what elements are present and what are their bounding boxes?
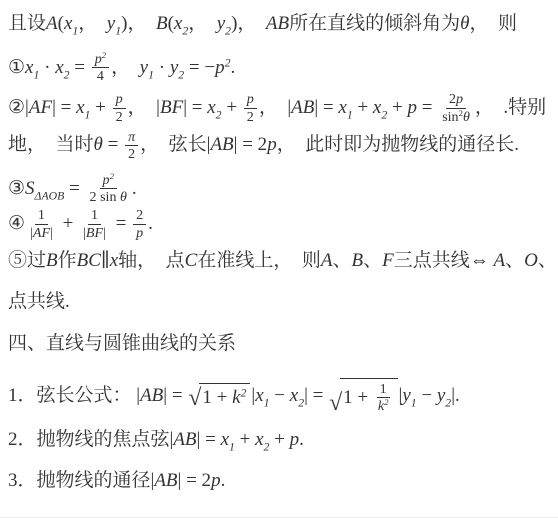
text-run: sin2: [442, 109, 463, 125]
text-run: 4: [97, 68, 104, 84]
text-run: =: [64, 177, 84, 201]
math-fraction: p22 sin θ: [87, 172, 130, 205]
formula-line: 且设A(x1， y1)， B(x2， y2)， AB所在直线的倾斜角为θ， 则: [8, 12, 552, 36]
math-variable: A: [493, 249, 505, 273]
math-variable: p: [211, 469, 221, 493]
math-variable: π: [128, 129, 135, 145]
fraction-denominator: 4: [94, 68, 107, 84]
text-run: 作: [58, 249, 77, 273]
text-run: 且设: [8, 12, 46, 36]
math-variable: SΔAOB: [25, 177, 64, 201]
text-run: ，: [188, 12, 217, 36]
text-run: +: [58, 212, 78, 236]
fraction-numerator: p2: [100, 172, 117, 189]
text-run: =: [111, 212, 131, 236]
math-variable: y2: [217, 12, 231, 36]
math-square-root: √1 + 1k2: [329, 378, 397, 414]
text-run: | =: [314, 96, 338, 120]
math-variable: AF: [33, 225, 50, 241]
math-variable: θ: [94, 133, 103, 157]
math-variable: x2: [55, 56, 69, 80]
text-run: 三点共线⇔: [394, 249, 494, 273]
math-variable: x2: [174, 12, 188, 36]
text-run: ， |: [259, 96, 291, 120]
text-run: = −: [184, 56, 215, 80]
text-run: )，: [231, 12, 266, 36]
formula-line: 点共线.: [8, 290, 552, 314]
text-run: 2 sin: [90, 189, 120, 205]
fraction-denominator: |BF|: [80, 225, 109, 241]
text-run: 2．抛物线的焦点弦|: [8, 428, 173, 452]
text-run: 轴， 点: [118, 249, 185, 273]
math-variable: AB: [210, 133, 233, 157]
formula-line: ④1|AF| + 1|BF| = 2p.: [8, 207, 552, 240]
math-variable: p: [290, 428, 300, 452]
formula-line: 3．抛物线的通径|AB| = 2p.: [8, 469, 552, 493]
text-run: ，: [111, 56, 140, 80]
math-variable: p2: [215, 56, 230, 80]
text-run: .: [221, 469, 226, 493]
math-variable: p: [407, 96, 417, 120]
math-variable: AB: [291, 96, 314, 120]
text-run: ④: [8, 212, 25, 236]
math-variable: p: [267, 133, 277, 157]
text-run: −: [270, 384, 290, 408]
math-variable: x2: [290, 384, 304, 408]
superscript: 2: [110, 171, 114, 181]
text-run: 、: [363, 249, 382, 273]
formula-line: 1．弦长公式： |AB| = √1 + k2|x1 − x2| = √1 + 1…: [8, 378, 552, 414]
math-variable: x1: [221, 428, 235, 452]
text-run: 、: [505, 249, 524, 273]
text-run: 点共线.: [8, 290, 70, 314]
text-run: +: [387, 96, 407, 120]
text-run: |: [50, 225, 53, 241]
math-variable: B: [351, 249, 363, 273]
formula-line: ③SΔAOB = p22 sin θ.: [8, 172, 552, 205]
formula-line: ①x1 · x2 = p24， y1 · y2 = −p2.: [8, 51, 552, 84]
fraction-numerator: 2p: [446, 91, 466, 108]
math-variable: x1: [338, 96, 352, 120]
math-variable: p: [116, 91, 123, 107]
text-run: ， 此时即为抛物线的通径长.: [277, 133, 519, 157]
text-run: |: [103, 225, 106, 241]
text-run: 2: [116, 109, 123, 125]
math-variable: AF: [29, 96, 52, 120]
math-variable: C: [185, 249, 198, 273]
math-variable: p2: [103, 172, 114, 188]
radicand: 1 + k2: [199, 383, 250, 410]
text-run: .: [299, 428, 304, 452]
math-variable: θ: [463, 109, 470, 125]
text-run: =: [70, 56, 90, 80]
math-variable: A: [321, 249, 333, 273]
math-variable: k2: [378, 398, 389, 414]
math-variable: BF: [160, 96, 183, 120]
math-variable: x1: [76, 96, 90, 120]
math-variable: AB: [173, 428, 196, 452]
formula-line: ⑤过B作BC∥x轴， 点C在准线上， 则A、B、F三点共线⇔ A、O、C三: [8, 249, 552, 273]
formula-line: 四、直线与圆锥曲线的关系: [8, 332, 552, 356]
text-run: |.: [451, 384, 460, 408]
text-run: 2: [449, 91, 456, 107]
math-variable: A: [46, 12, 58, 36]
text-run: )，: [121, 12, 156, 36]
text-run: 1: [91, 207, 98, 223]
math-variable: p: [136, 225, 143, 241]
text-run: 、: [538, 249, 557, 273]
text-run: 3．抛物线的通径|: [8, 469, 154, 493]
math-variable: θ: [120, 189, 127, 205]
text-run: 1: [380, 381, 387, 397]
text-run: ①: [8, 56, 25, 80]
text-run: .: [230, 56, 235, 80]
math-variable: B: [156, 12, 168, 36]
fraction-denominator: sin2θ: [439, 109, 473, 125]
fraction-numerator: 1: [35, 207, 48, 224]
text-run: | =: [52, 96, 76, 120]
radicand: 1 + 1k2: [340, 378, 397, 414]
text-run: ， .特别: [475, 96, 546, 120]
math-variable: p: [456, 91, 463, 107]
text-run: .: [132, 177, 137, 201]
text-run: 2: [136, 207, 143, 223]
text-run: +: [235, 428, 255, 452]
math-variable: y1: [140, 56, 154, 80]
text-run: 1 +: [343, 386, 373, 410]
superscript: 2: [384, 397, 388, 407]
fraction-denominator: 2 sin θ: [87, 189, 130, 205]
math-fraction: p24: [92, 51, 109, 84]
subscript: ΔAOB: [35, 189, 65, 202]
fraction-numerator: p: [244, 91, 257, 108]
text-run: ， 则: [469, 12, 517, 36]
text-run: | =: [304, 384, 328, 408]
text-run: | =: [197, 428, 221, 452]
math-variable: p: [247, 91, 254, 107]
math-fraction: p2: [244, 91, 257, 124]
math-variable: x1: [255, 384, 269, 408]
text-run: 2: [128, 146, 135, 162]
text-run: 1 +: [202, 386, 232, 410]
text-run: 1．弦长公式： |: [8, 384, 140, 408]
text-run: ③: [8, 177, 25, 201]
text-run: ， 弦长|: [140, 133, 210, 157]
text-run: | = 2: [234, 133, 268, 157]
text-run: ·: [154, 56, 170, 80]
text-run: 地， 当时: [8, 133, 94, 157]
formula-line: 2．抛物线的焦点弦|AB| = x1 + x2 + p.: [8, 428, 552, 452]
text-run: =: [417, 96, 437, 120]
fraction-denominator: 2: [244, 109, 257, 125]
text-run: 所在直线的倾斜角为: [289, 12, 460, 36]
fraction-numerator: 1: [377, 381, 390, 398]
text-run: 1: [38, 207, 45, 223]
text-run: 四、直线与圆锥曲线的关系: [8, 332, 236, 356]
formula-line: ②|AF| = x1 + p2， |BF| = x2 + p2， |AB| = …: [8, 91, 552, 124]
text-run: 、: [332, 249, 351, 273]
math-variable: x1: [25, 56, 39, 80]
math-variable: BF: [86, 225, 103, 241]
text-run: +: [353, 96, 373, 120]
fraction-denominator: 2: [125, 146, 138, 162]
math-variable: x1: [64, 12, 78, 36]
fraction-denominator: p: [133, 225, 146, 241]
math-variable: x2: [373, 96, 387, 120]
math-document: 且设A(x1， y1)， B(x2， y2)， AB所在直线的倾斜角为θ， 则①…: [0, 0, 558, 518]
fraction-denominator: k2: [375, 398, 392, 414]
math-variable: y1: [107, 12, 121, 36]
math-variable: θ: [460, 12, 469, 36]
text-run: ，: [78, 12, 107, 36]
fraction-denominator: |AF|: [27, 225, 56, 241]
math-variable: AB: [266, 12, 289, 36]
text-run: | =: [183, 96, 207, 120]
fraction-numerator: π: [125, 129, 138, 146]
math-variable: y1: [402, 384, 416, 408]
formula-line: 地， 当时θ = π2， 弦长|AB| = 2p， 此时即为抛物线的通径长.: [8, 129, 552, 162]
text-run: ②|: [8, 96, 29, 120]
math-variable: k2: [232, 386, 246, 410]
math-variable: x2: [207, 96, 221, 120]
math-variable: x2: [255, 428, 269, 452]
text-run: .: [148, 212, 153, 236]
math-variable: B: [46, 249, 58, 273]
math-variable: AB: [140, 384, 163, 408]
math-fraction: 2psin2θ: [439, 91, 473, 124]
text-run: +: [90, 96, 110, 120]
text-run: | = 2: [178, 469, 212, 493]
math-variable: y2: [437, 384, 451, 408]
formula-lines: 且设A(x1， y1)， B(x2， y2)， AB所在直线的倾斜角为θ， 则①…: [8, 12, 552, 493]
math-fraction: 2p: [133, 207, 146, 240]
text-run: −: [417, 384, 437, 408]
text-run: ⑤过: [8, 249, 46, 273]
text-run: +: [269, 428, 289, 452]
text-run: 在准线上， 则: [197, 249, 321, 273]
fraction-numerator: p: [113, 91, 126, 108]
math-variable: BC: [77, 249, 101, 273]
fraction-numerator: 1: [88, 207, 101, 224]
superscript: 2: [102, 50, 106, 60]
math-fraction: 1|BF|: [80, 207, 109, 240]
math-variable: F: [382, 249, 394, 273]
text-run: ∥: [101, 249, 110, 273]
math-fraction: 1k2: [375, 381, 392, 414]
math-fraction: 1|AF|: [27, 207, 56, 240]
math-variable: AB: [154, 469, 177, 493]
fraction-numerator: p2: [92, 51, 109, 68]
fraction-denominator: 2: [113, 109, 126, 125]
superscript: 2: [241, 386, 247, 399]
text-run: ·: [39, 56, 55, 80]
math-variable: y2: [170, 56, 184, 80]
math-fraction: π2: [125, 129, 138, 162]
math-square-root: √1 + k2: [188, 383, 250, 410]
fraction-numerator: 2: [133, 207, 146, 224]
math-variable: p2: [95, 51, 106, 67]
math-fraction: p2: [113, 91, 126, 124]
text-run: =: [103, 133, 123, 157]
text-run: ， |: [128, 96, 160, 120]
text-run: 2: [247, 109, 254, 125]
text-run: | =: [163, 384, 187, 408]
math-variable: x: [110, 249, 118, 273]
math-variable: O: [524, 249, 538, 273]
text-run: +: [222, 96, 242, 120]
